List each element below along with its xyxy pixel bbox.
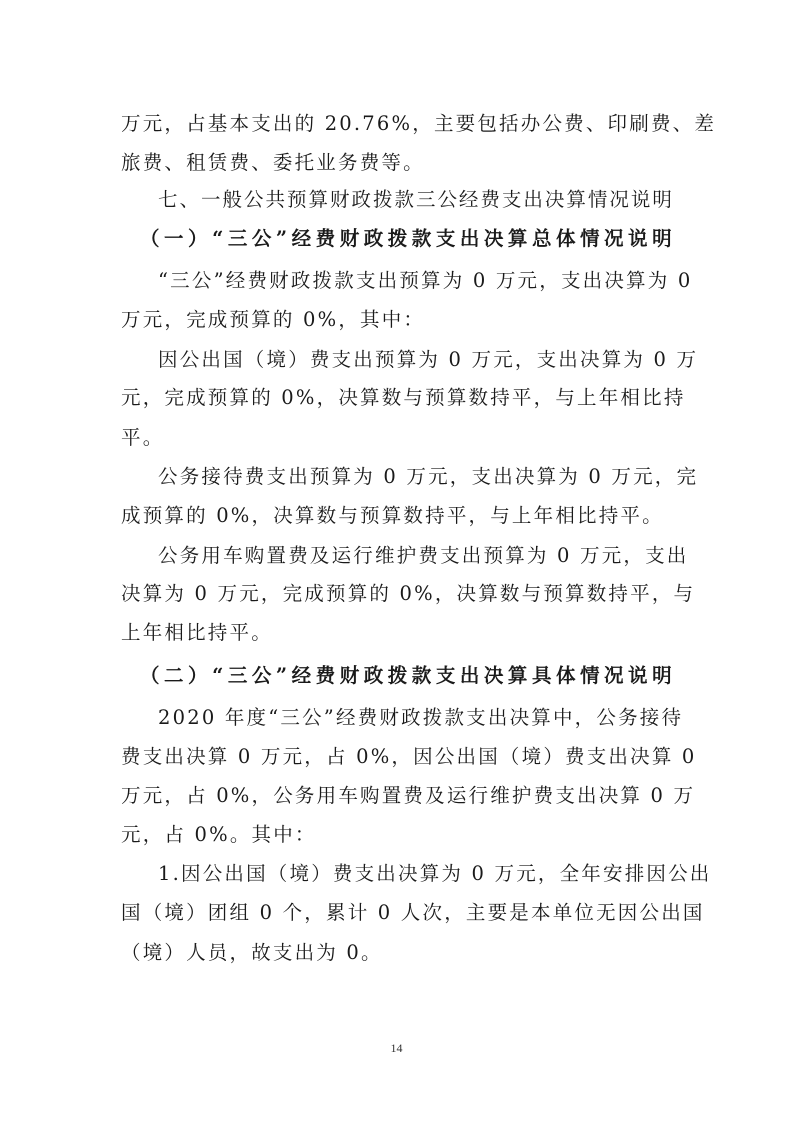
paragraph-line: 公务用车购置费及运行维护费支出预算为 0 万元，支出 <box>158 543 673 569</box>
subsection-heading: （二）“三公”经费财政拨款支出决算具体情况说明 <box>140 663 673 689</box>
paragraph-line: 元，完成预算的 0%，决算数与预算数持平，与上年相比持 <box>121 385 673 411</box>
paragraph-line: （境）人员，故支出为 0。 <box>121 940 673 966</box>
section-heading: 七、一般公共预算财政拨款三公经费支出决算情况说明 <box>158 187 673 213</box>
paragraph-line: 因公出国（境）费支出预算为 0 万元，支出决算为 0 万 <box>158 347 673 373</box>
paragraph-line: 上年相比持平。 <box>121 620 673 646</box>
page-number: 14 <box>0 1041 793 1056</box>
paragraph-line: 国（境）团组 0 个，累计 0 人次，主要是本单位无因公出国 <box>121 900 673 926</box>
paragraph-line: 旅费、租赁费、委托业务费等。 <box>121 150 673 176</box>
paragraph-line: 费支出决算 0 万元，占 0%，因公出国（境）费支出决算 0 <box>121 744 673 770</box>
paragraph-line: 平。 <box>121 425 673 451</box>
paragraph-line: 决算为 0 万元，完成预算的 0%，决算数与预算数持平，与 <box>121 581 673 607</box>
paragraph-line: 成预算的 0%，决算数与预算数持平，与上年相比持平。 <box>121 503 673 529</box>
paragraph-line: “三公”经费财政拨款支出预算为 0 万元，支出决算为 0 <box>158 268 673 294</box>
paragraph-line: 公务接待费支出预算为 0 万元，支出决算为 0 万元，完 <box>158 464 673 490</box>
paragraph-line: 万元，完成预算的 0%，其中： <box>121 307 673 333</box>
paragraph-line: 万元，占 0%，公务用车购置费及运行维护费支出决算 0 万 <box>121 783 673 809</box>
paragraph-line: 万元，占基本支出的 20.76%，主要包括办公费、印刷费、差 <box>121 111 673 137</box>
paragraph-line: 元，占 0%。其中： <box>121 822 673 848</box>
subsection-heading: （一）“三公”经费财政拨款支出决算总体情况说明 <box>140 226 673 252</box>
paragraph-line: 1.因公出国（境）费支出决算为 0 万元，全年安排因公出 <box>158 861 673 887</box>
paragraph-line: 2020 年度“三公”经费财政拨款支出决算中，公务接待 <box>158 705 673 731</box>
document-page: 万元，占基本支出的 20.76%，主要包括办公费、印刷费、差 旅费、租赁费、委托… <box>0 0 793 1122</box>
